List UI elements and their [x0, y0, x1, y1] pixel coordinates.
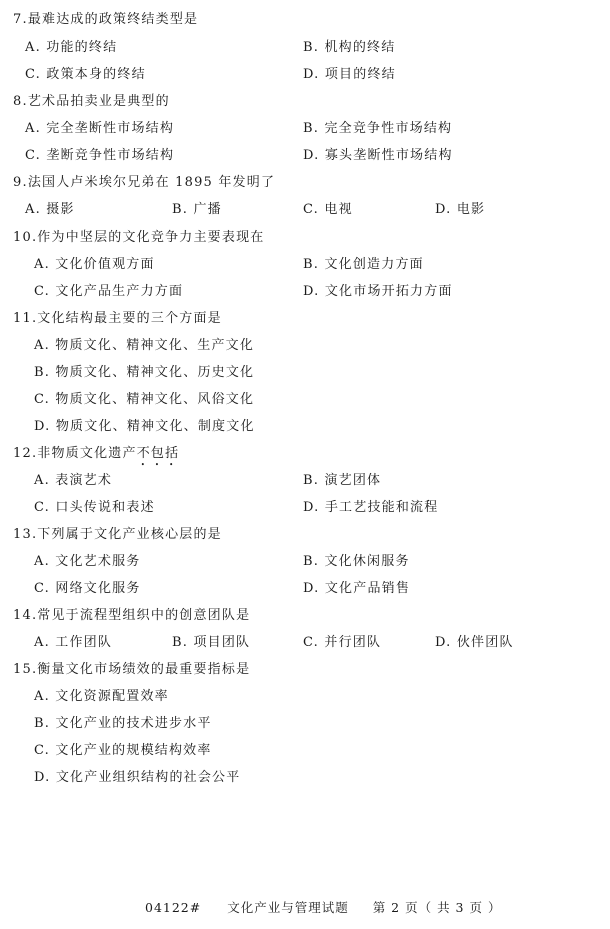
option-b: B. 物质文化、精神文化、历史文化	[34, 365, 254, 381]
option-c: C. 物质文化、精神文化、风俗文化	[34, 392, 254, 408]
exam-code: 04122#	[145, 900, 201, 916]
question-stem: 13.下列属于文化产业核心层的是	[13, 527, 222, 543]
question-stem: 11.文化结构最主要的三个方面是	[13, 311, 222, 327]
question-stem: 12.非物质文化遗产不包括	[13, 446, 179, 469]
option-a: A. 完全垄断性市场结构	[25, 121, 174, 137]
option-d: D. 项目的终结	[303, 67, 396, 83]
option-c: C. 政策本身的终结	[25, 67, 146, 83]
option-a: A. 工作团队	[34, 635, 112, 651]
option-d: D. 手工艺技能和流程	[303, 500, 438, 516]
page-footer: 04122# 文化产业与管理试题 第 2 页（ 共 3 页 ）	[145, 900, 501, 916]
option-b: B. 文化休闲服务	[303, 554, 410, 570]
option-a: A. 物质文化、精神文化、生产文化	[34, 338, 254, 354]
question-stem: 14.常见于流程型组织中的创意团队是	[13, 608, 250, 624]
option-d: D. 寡头垄断性市场结构	[303, 148, 453, 164]
option-c: C. 文化产业的规模结构效率	[34, 743, 212, 759]
option-b: B. 完全竞争性市场结构	[303, 121, 452, 137]
option-d: D. 文化产品销售	[303, 581, 410, 597]
option-a: A. 文化资源配置效率	[34, 689, 169, 705]
option-c: C. 电视	[303, 202, 353, 218]
option-c: C. 并行团队	[303, 635, 381, 651]
question-stem: 8.艺术品拍卖业是典型的	[13, 94, 170, 110]
option-b: B. 演艺团体	[303, 473, 381, 489]
option-d: D. 电影	[435, 202, 485, 218]
exam-page: 7.最难达成的政策终结类型是 A. 功能的终结 B. 机构的终结 C. 政策本身…	[0, 0, 610, 929]
option-b: B. 项目团队	[172, 635, 250, 651]
exam-title: 文化产业与管理试题	[227, 900, 349, 916]
option-c: C. 网络文化服务	[34, 581, 141, 597]
page-number: 第 2 页（ 共 3 页 ）	[373, 900, 502, 916]
option-b: B. 机构的终结	[303, 40, 395, 56]
option-a: A. 文化艺术服务	[34, 554, 140, 570]
question-stem: 15.衡量文化市场绩效的最重要指标是	[13, 662, 250, 678]
option-a: A. 表演艺术	[34, 473, 112, 489]
option-b: B. 广播	[172, 202, 222, 218]
option-c: C. 文化产品生产力方面	[34, 284, 183, 300]
question-stem: 7.最难达成的政策终结类型是	[13, 12, 198, 28]
option-d: D. 伙伴团队	[435, 635, 514, 651]
option-d: D. 物质文化、精神文化、制度文化	[34, 419, 255, 435]
option-b: B. 文化创造力方面	[303, 257, 424, 273]
option-d: D. 文化产业组织结构的社会公平	[34, 770, 240, 786]
option-c: C. 垄断竞争性市场结构	[25, 148, 174, 164]
option-c: C. 口头传说和表述	[34, 500, 155, 516]
option-a: A. 摄影	[25, 202, 75, 218]
question-stem: 9.法国人卢米埃尔兄弟在 1895 年发明了	[13, 175, 275, 191]
option-d: D. 文化市场开拓力方面	[303, 284, 453, 300]
option-b: B. 文化产业的技术进步水平	[34, 716, 212, 732]
question-stem: 10.作为中坚层的文化竞争力主要表现在	[13, 230, 264, 246]
option-a: A. 文化价值观方面	[34, 257, 155, 273]
emphasis-text: 不包括	[137, 446, 180, 461]
option-a: A. 功能的终结	[25, 40, 117, 56]
